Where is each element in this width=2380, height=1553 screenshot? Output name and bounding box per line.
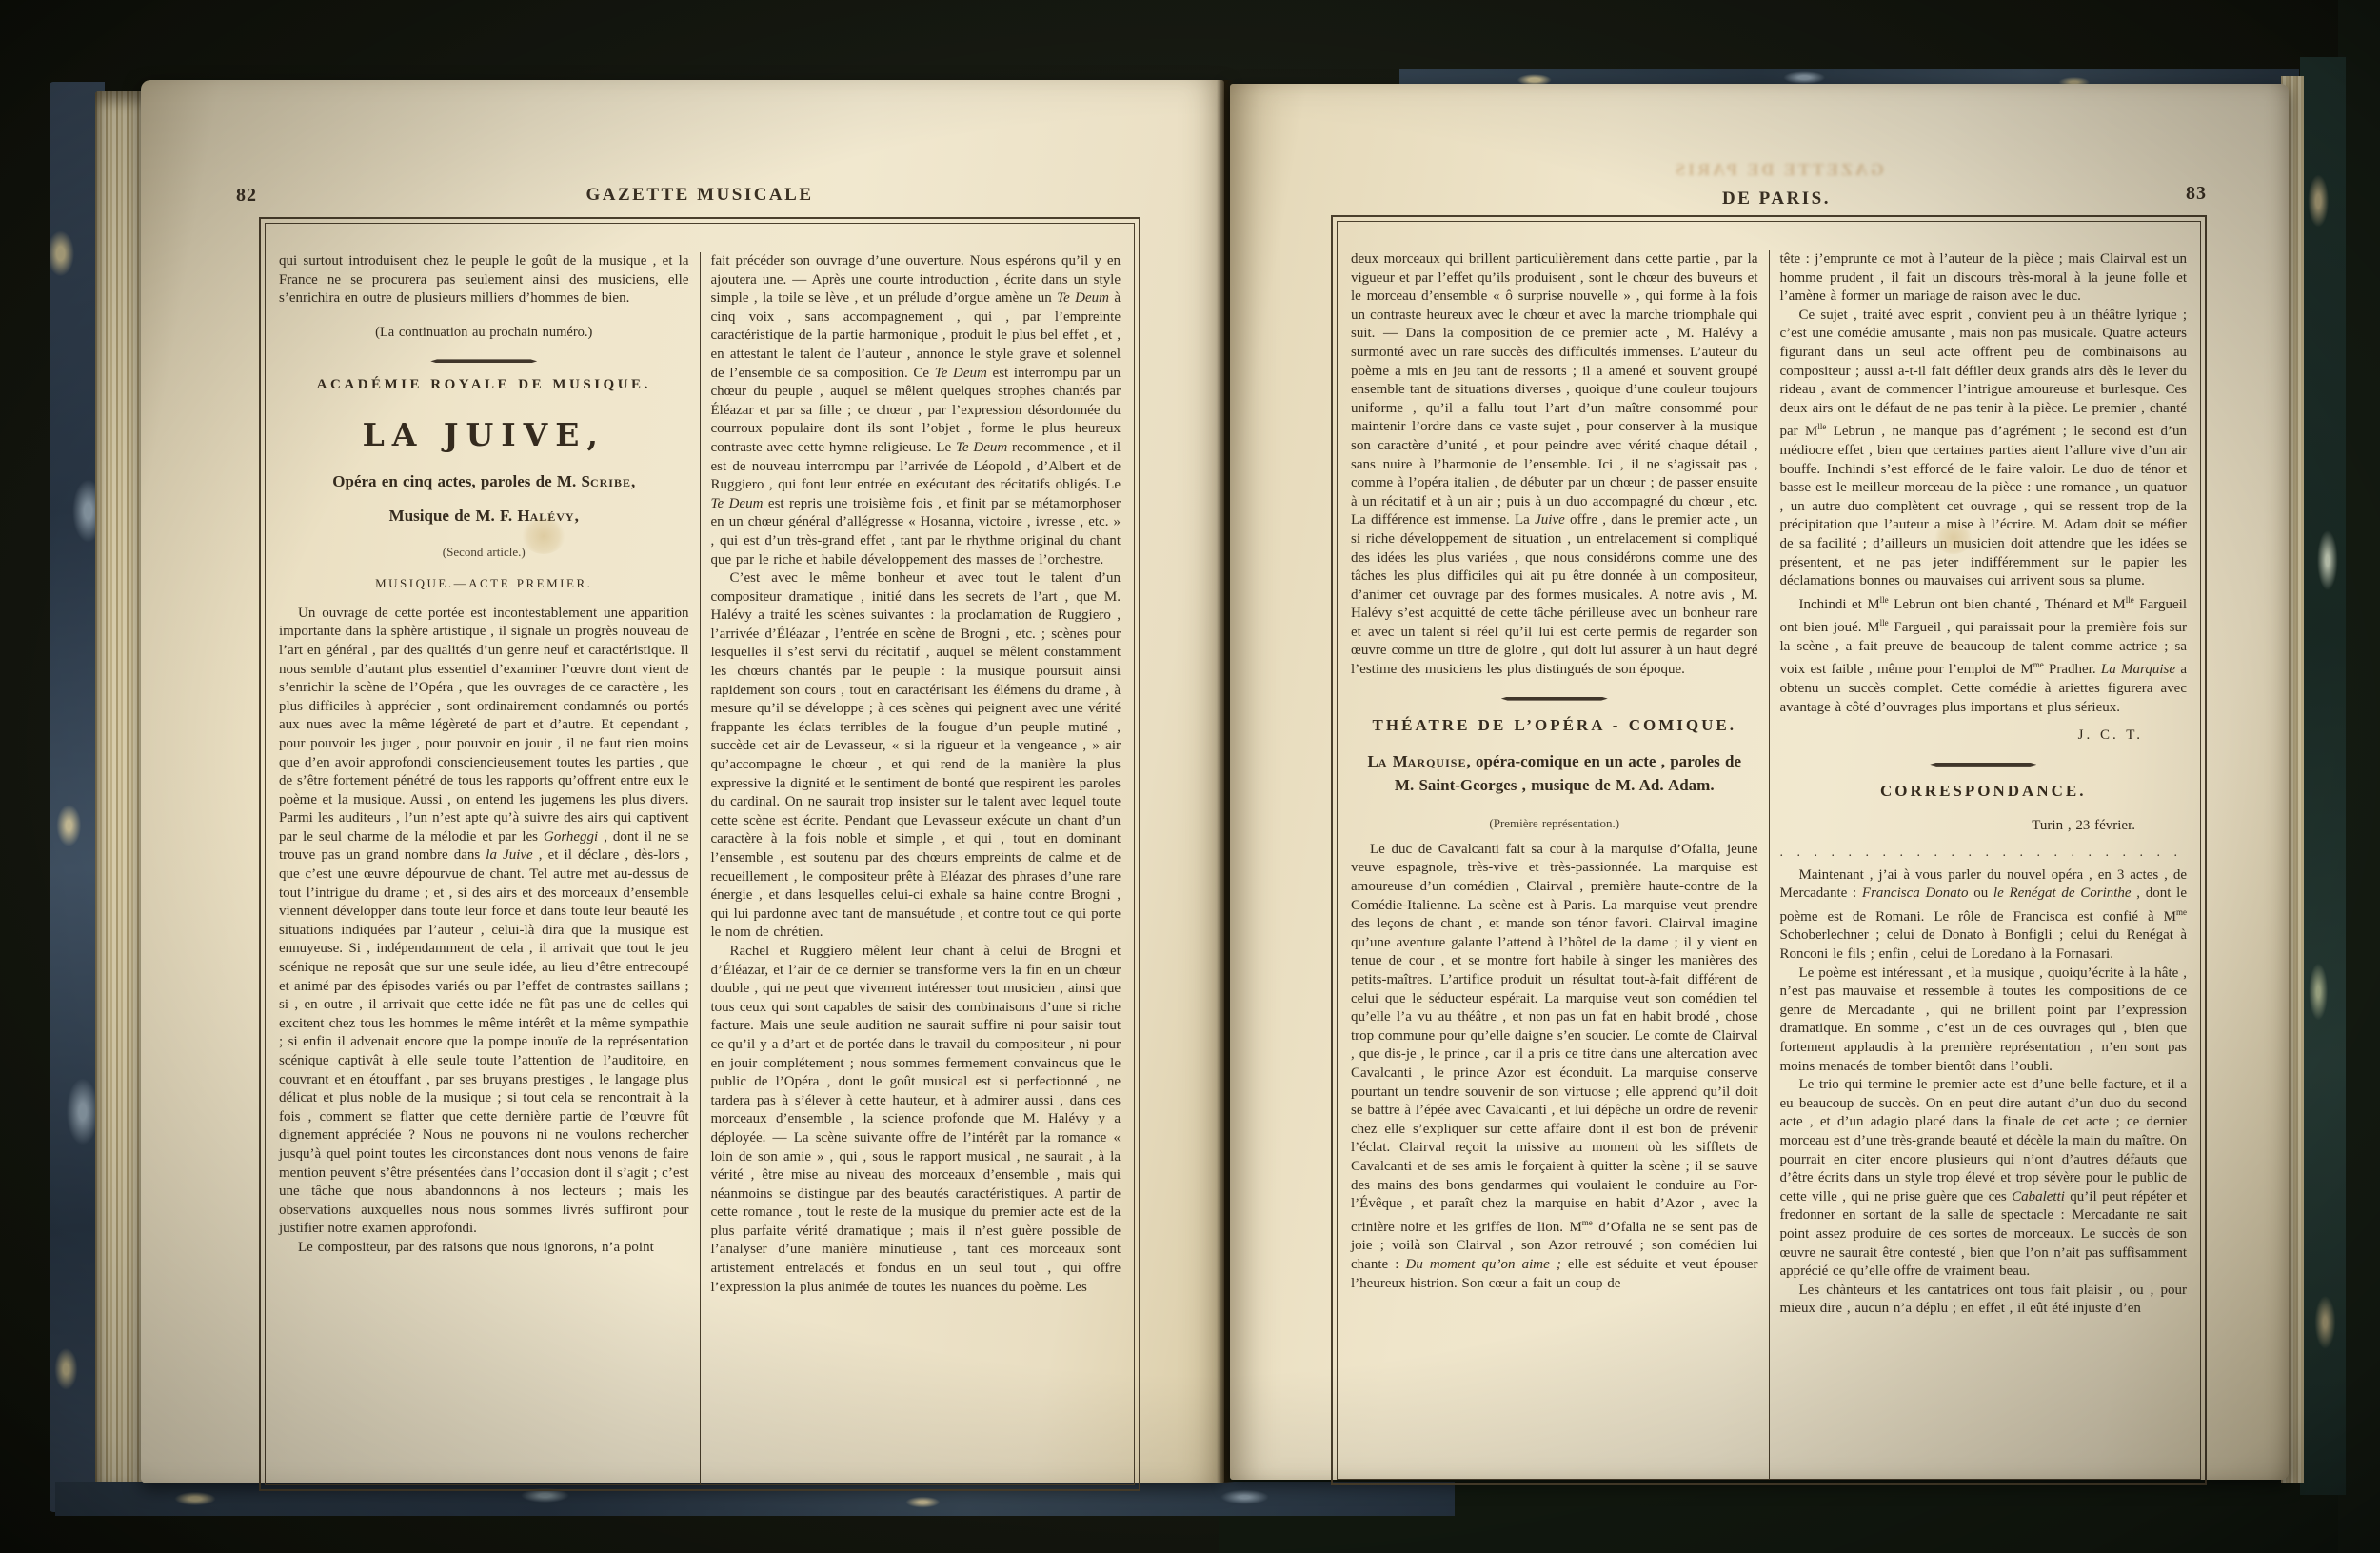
left-column-1: qui surtout introduisent chez le peuple …	[269, 252, 699, 1484]
left-column-2: fait précéder son ouvrage d’une ouvertur…	[702, 252, 1131, 1484]
right-running-title: DE PARIS.	[1348, 189, 2205, 209]
right-column-2: tête : j’emprunte ce mot à l’auteur de l…	[1771, 250, 2197, 1479]
left-text-frame: qui surtout introduisent chez le peuple …	[259, 217, 1140, 1491]
column-rule	[700, 252, 701, 1484]
paragraph: Le duc de Cavalcanti fait sa cour à la m…	[1351, 841, 1758, 1293]
paragraph: Le trio qui termine le premier acte est …	[1780, 1076, 2188, 1282]
section-divider	[1351, 697, 1758, 701]
article-subtitle: La Marquise, opéra-comique en un acte , …	[1357, 749, 1753, 797]
section-heading: THÉATRE DE L’OPÉRA - COMIQUE.	[1351, 716, 1758, 735]
paragraph-continued: qui surtout introduisent chez le peuple …	[279, 252, 689, 309]
dateline: Turin , 23 février.	[1780, 817, 2188, 836]
article-number-note: (Second article.)	[279, 543, 689, 562]
paragraph-continued: tête : j’emprunte ce mot à l’auteur de l…	[1780, 250, 2188, 307]
ink-showthrough: GAZETTE DE PARIS	[1354, 160, 2203, 180]
section-divider	[1780, 763, 2188, 767]
article-subtitle: Musique de M. F. Halévy,	[279, 507, 689, 526]
paragraph: C’est avec le même bonheur et avec tout …	[711, 569, 1121, 943]
paragraph: Le compositeur, par des raisons que nous…	[279, 1239, 689, 1258]
left-text-frame-inner: qui surtout introduisent chez le peuple …	[265, 223, 1135, 1485]
paragraph: Le poème est intéressant , et la musique…	[1780, 965, 2188, 1077]
article-subtitle: Opéra en cinq actes, paroles de M. Scrib…	[285, 469, 684, 493]
paragraph: Inchindi et Mlle Lebrun ont bien chanté …	[1780, 591, 2188, 718]
right-column-1: deux morceaux qui brillent particulièrem…	[1341, 250, 1768, 1479]
right-page-number: 83	[2186, 183, 2207, 205]
photo-background: 82 GAZETTE MUSICALE qui surtout introdui…	[0, 0, 2380, 1553]
article-title: LA JUIVE,	[279, 416, 689, 454]
left-running-title: GAZETTE MUSICALE	[259, 185, 1140, 206]
paragraph-continued: deux morceaux qui brillent particulièrem…	[1351, 250, 1758, 680]
marbled-cover-right-edge	[2300, 57, 2346, 1495]
right-text-frame-inner: deux morceaux qui brillent particulièrem…	[1337, 221, 2201, 1480]
section-divider	[279, 359, 689, 363]
paragraph: Ce sujet , traité avec esprit , convient…	[1780, 307, 2188, 591]
right-page: GAZETTE DE PARIS DE PARIS. 83 deux morce…	[1230, 84, 2289, 1480]
paragraph-continued: fait précéder son ouvrage d’une ouvertur…	[711, 252, 1121, 569]
left-columns: qui surtout introduisent chez le peuple …	[266, 224, 1134, 1484]
paragraph: Rachel et Ruggiero mêlent leur chant à c…	[711, 943, 1121, 1297]
section-heading: CORRESPONDANCE.	[1780, 782, 2188, 801]
paragraph: Maintenant , j’ai à vous parler du nouve…	[1780, 866, 2188, 965]
column-rule	[1769, 250, 1770, 1479]
left-page-number: 82	[236, 185, 257, 207]
left-page: 82 GAZETTE MUSICALE qui surtout introdui…	[141, 80, 1224, 1483]
paragraph: Un ouvrage de cette portée est incontest…	[279, 605, 689, 1239]
ellipsis-line: . . . . . . . . . . . . . . . . . . . . …	[1780, 844, 2188, 863]
continuation-note: (La continuation au prochain numéro.)	[279, 324, 689, 343]
section-caption: MUSIQUE.—ACTE PREMIER.	[279, 574, 689, 593]
article-number-note: (Première représentation.)	[1351, 814, 1758, 833]
right-text-frame: deux morceaux qui brillent particulièrem…	[1331, 215, 2207, 1485]
right-columns: deux morceaux qui brillent particulièrem…	[1338, 222, 2200, 1479]
paragraph: Les chànteurs et les cantatrices ont tou…	[1780, 1282, 2188, 1319]
section-heading: ACADÉMIE ROYALE DE MUSIQUE.	[279, 376, 689, 395]
signature: J. C. T.	[1780, 727, 2188, 746]
